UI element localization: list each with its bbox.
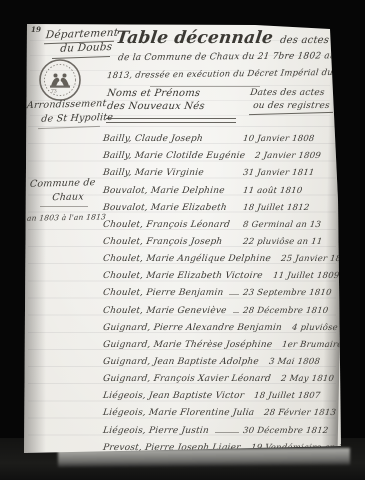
entry-name: Liégeois, Pierre Justin [103,426,209,436]
table-row: Liégeois, Marie Florentine Julia28 Févri… [103,401,339,418]
entry-date: 1er Brumaire an 14 [282,340,365,350]
entry-date: 25 Janvier 1807 [281,254,365,264]
scanned-register-page: 19 Département du Doubs 73 Table décenna… [0,0,365,480]
commune-label: Commune de Chaux [30,176,96,206]
entry-connector-line [228,243,239,244]
entry-date: 18 Juillet 1807 [254,391,350,401]
page-number: 19 [31,25,41,34]
title-tail: des actes de Naissances [280,35,365,46]
entry-name: Choulet, Pierre Benjamin [103,288,223,298]
header-rule-double-top [106,118,236,119]
entry-name: Bailly, Claude Joseph [103,134,203,144]
entry-date: 4 pluviôse an 11 [292,323,365,333]
column-header-names: Noms et Prénoms des Nouveaux Nés [107,87,205,113]
entry-date: 8 Germinal an 13 [243,220,339,230]
table-row: Choulet, François Joseph22 pluviôse an 1… [103,230,339,247]
entry-name: Bouvalot, Marie Elizabeth [103,203,227,213]
table-row: Guignard, Marie Thérèse Joséphine1er Bru… [103,333,339,350]
arrondissement-line2: de St Hypolite [27,111,114,127]
entry-name: Guignard, Jean Baptiste Adolphe [103,357,259,367]
entry-name: Guignard, Marie Thérèse Joséphine [103,340,272,350]
entry-date: 11 Juillet 1809 [273,271,365,281]
entry-name: Liégeois, Marie Florentine Julia [103,408,254,418]
entry-date: 2 Janvier 1809 [255,151,351,161]
entry-connector-line [236,226,239,227]
commune-line2: Chaux [30,190,97,206]
entry-date: 31 Janvier 1811 [243,168,339,178]
entry-date: 3 Mai 1808 [269,357,365,367]
table-row: Guignard, Jean Baptiste Adolphe3 Mai 180… [103,350,339,367]
document-title: Table décennale des actes de Naissances [116,28,365,48]
table-row: Choulet, François Léonard8 Germinal an 1… [103,213,339,230]
table-row: Guignard, Pierre Alexandre Benjamin4 plu… [103,316,339,333]
entry-date: 30 Décembre 1812 [243,426,339,436]
entry-name: Bailly, Marie Virginie [103,168,204,178]
entry-name: Bouvalot, Marie Delphine [103,186,225,196]
title-main: Table décennale [115,28,274,48]
period-label: an 1803 à l'an 1813 [27,212,106,222]
table-row: Bailly, Marie Clotilde Eugénie2 Janvier … [103,144,339,161]
entry-name: Guignard, Pierre Alexandre Benjamin [103,323,282,333]
entry-name: Bailly, Marie Clotilde Eugénie [103,151,245,161]
entry-connector-line [233,209,239,210]
entry-name: Choulet, François Joseph [103,237,222,247]
header-rule-double-bottom [106,122,236,123]
table-row: Liégeois, Jean Baptiste Victor18 Juillet… [103,384,339,401]
table-row: Choulet, Marie Geneviève28 Décembre 1810 [103,298,339,315]
table-rows: Bailly, Claude Joseph10 Janvier 1808Bail… [103,127,339,453]
entry-name: Choulet, Marie Angélique Delphine [103,254,271,264]
entry-connector-line [209,140,239,141]
entry-connector-line [233,311,239,313]
entry-name: Choulet, Marie Elizabeth Victoire [103,271,263,281]
table-row: Bailly, Claude Joseph10 Janvier 1808 [103,127,339,144]
entry-connector-line [210,174,239,175]
entry-date: 10 Janvier 1808 [243,134,339,144]
entry-date: 23 Septembre 1810 [243,288,339,298]
entry-connector-line [229,293,239,295]
table-row: Choulet, Marie Elizabeth Victoire11 Juil… [103,264,339,281]
table-row: Choulet, Pierre Benjamin23 Septembre 181… [103,281,339,298]
entry-connector-line [231,192,239,193]
entry-date: 28 Février 1813 [264,408,360,418]
table-row: Bailly, Marie Virginie31 Janvier 1811 [103,161,339,178]
entry-name: Liégeois, Jean Baptiste Victor [103,391,244,401]
register-sheet: 19 Département du Doubs 73 Table décenna… [0,0,365,480]
table-row: Guignard, François Xavier Léonard2 May 1… [103,367,339,384]
entry-connector-line [215,431,239,433]
table-row: Choulet, Marie Angélique Delphine25 Janv… [103,247,339,264]
entry-date: 11 août 1810 [243,186,339,196]
ink-underline [40,206,88,207]
table-row: Bouvalot, Marie Elizabeth18 Juillet 1812 [103,196,339,213]
arrondissement-label: Arrondissement de St Hypolite [27,97,114,127]
official-round-seal-icon: 73 [38,58,82,102]
table-row: Bouvalot, Marie Delphine11 août 1810 [103,178,339,195]
entry-name: Choulet, François Léonard [103,220,230,230]
entry-date: 18 Juillet 1812 [243,203,339,213]
svg-text:73: 73 [51,89,57,95]
column-header-dates: Dates des actes ou des registres [250,87,330,113]
table-row: Liégeois, Pierre Justin30 Décembre 1812 [103,418,339,435]
entry-date: 2 May 1810 [281,374,365,384]
entry-name: Choulet, Marie Geneviève [103,306,227,316]
entry-name: Guignard, François Xavier Léonard [103,374,271,384]
entry-date: 28 Décembre 1810 [243,306,339,316]
title-line2: de la Commune de Chaux du 21 7bre 1802 a… [118,51,365,63]
entry-date: 22 pluviôse an 11 [243,237,339,247]
